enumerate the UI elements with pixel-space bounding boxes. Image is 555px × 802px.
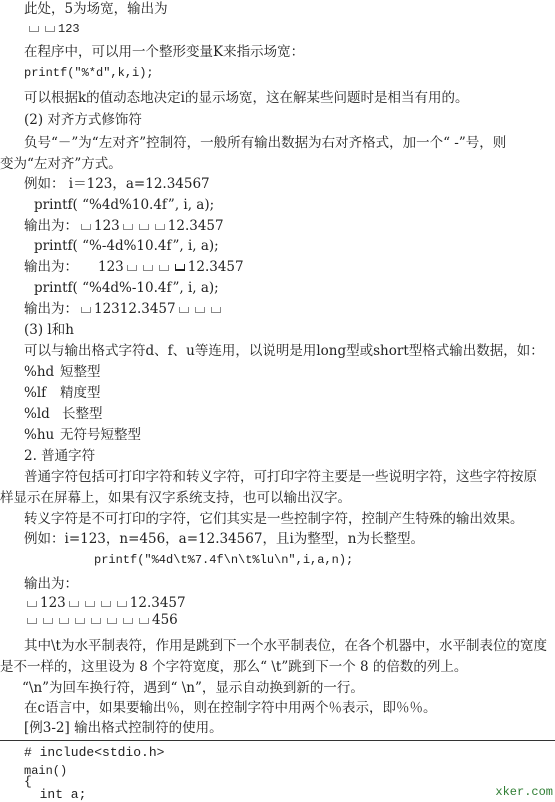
format-item: %hd短整型 (24, 363, 101, 381)
space-symbol (211, 307, 221, 313)
section-heading: (3) l和h (24, 321, 74, 339)
text-line: 其中\t为水平制表符，作用是跳到下一个水平制表位，在各个机器中，水平制表位的宽度 (24, 637, 547, 655)
space-symbol (139, 224, 149, 230)
text-line: 可以根据k的值动态地决定i的显示场宽，这在解某些问题时是相当有用的。 (24, 89, 469, 107)
output-label: 输出为： (24, 218, 78, 234)
format-desc: 短整型 (60, 364, 101, 380)
space-symbol (27, 601, 37, 607)
text-line: 在程序中，可以用一个整形变量K来指示场宽： (24, 43, 304, 61)
format-item: %hu无符号短整型 (24, 426, 141, 444)
space-symbol (43, 618, 53, 624)
space-symbol (175, 264, 185, 271)
space-symbol (159, 265, 169, 271)
space-symbol (123, 224, 133, 230)
format-desc: 精度型 (60, 385, 101, 401)
space-symbol (45, 26, 55, 32)
space-symbol (29, 26, 39, 32)
text-line: 变为“左对齐”方式。 (0, 155, 122, 173)
code-line: printf("%4d\t%7.4f\n\t%lu\n",i,a,n); (94, 551, 353, 569)
output-value: 12.3457 (168, 218, 224, 234)
space-symbol (127, 265, 137, 271)
output-value: 12312.3457 (94, 301, 176, 317)
output-example: 123 (26, 20, 80, 38)
space-symbol (85, 601, 95, 607)
format-item: %ld长整型 (24, 405, 103, 423)
text-line: “\n”为回车换行符，遇到“ \n”，显示自动换到新的一行。 (22, 679, 364, 697)
output-value: 12.3457 (130, 595, 186, 611)
output-value: 123 (40, 595, 66, 611)
text-line: 普通字符包括可打印字符和转义字符，可打印字符主要是一些说明字符，这些字符按原 (24, 468, 537, 486)
space-symbol (107, 618, 117, 624)
output-label: 输出为： (24, 259, 78, 275)
output-value: 123 (98, 259, 124, 275)
example-heading: [例3-2] 输出格式控制符的使用。 (24, 719, 223, 737)
code-line: # include<stdio.h> (24, 744, 164, 762)
code-line: printf( “%-4d%10.4f”, i, a); (34, 237, 219, 255)
space-symbol (123, 618, 133, 624)
watermark: xker.com (495, 785, 553, 799)
divider (0, 740, 555, 741)
format-code: %ld (24, 405, 62, 423)
text-line: 转义字符是不可打印的字符，它们其实是一些控制字符，控制产生特殊的输出效果。 (24, 510, 524, 528)
code-line: printf( “%4d%10.4f”, i, a); (34, 196, 214, 214)
text-line: 例如：i=123，n=456，a=12.34567，且i为整型，n为长整型。 (24, 530, 424, 548)
space-symbol (179, 307, 189, 313)
output-example: 输出为：12312.3457 (24, 258, 244, 276)
text-line: 输出为： (24, 575, 78, 593)
text-line: 样显示在屏幕上，如果有汉字系统支持，也可以输出汉字。 (0, 489, 351, 507)
output-example: 456 (24, 611, 178, 629)
output-value: 123 (58, 22, 80, 36)
format-code: %hd (24, 363, 60, 381)
space-symbol (81, 224, 91, 230)
format-code: %lf (24, 384, 60, 402)
code-line: printf("%*d",k,i); (24, 64, 154, 82)
output-example: 输出为：12312.3457 (24, 300, 224, 318)
space-symbol (139, 618, 149, 624)
output-value: 456 (152, 612, 178, 628)
output-label: 输出为： (24, 301, 78, 317)
format-desc: 长整型 (62, 406, 103, 422)
section-heading: (2) 对齐方式修饰符 (24, 111, 142, 129)
space-symbol (117, 601, 127, 607)
text-line: 此处，5为场宽，输出为 (24, 0, 168, 18)
text-line: 负号“－”为“左对齐”控制符，一般所有输出数据为右对齐格式，加一个“ -”号，则 (24, 134, 506, 152)
text-line: 是不一样的，这里设为 8 个字符宽度，那么“ \t”跳到下一个 8 的倍数的列上… (0, 658, 467, 676)
format-desc: 无符号短整型 (60, 427, 141, 443)
output-value: 123 (94, 218, 120, 234)
space-symbol (75, 618, 85, 624)
output-value: 12.3457 (188, 259, 244, 275)
space-symbol (101, 601, 111, 607)
code-line: printf( “%4d%-10.4f”, i, a); (34, 279, 219, 297)
space-symbol (155, 224, 165, 230)
text-line: 在c语言中，如果要输出％，则在控制字符中用两个％表示，即％％。 (24, 699, 437, 717)
space-symbol (27, 618, 37, 624)
text-line: 例如： i＝123，a=12.34567 (24, 175, 210, 193)
format-item: %lf精度型 (24, 384, 101, 402)
space-symbol (59, 618, 69, 624)
space-symbol (69, 601, 79, 607)
format-code: %hu (24, 426, 60, 444)
space-symbol (91, 618, 101, 624)
space-symbol (81, 307, 91, 313)
output-example: 12312.3457 (24, 594, 186, 612)
output-example: 输出为：12312.3457 (24, 217, 224, 235)
space-symbol (195, 307, 205, 313)
text-line: 可以与输出格式字符d、f、u等连用，以说明是用long型或short型格式输出数… (24, 342, 544, 360)
code-line: int a; (24, 786, 86, 802)
space-symbol (143, 265, 153, 271)
section-heading: 2. 普通字符 (24, 447, 95, 465)
